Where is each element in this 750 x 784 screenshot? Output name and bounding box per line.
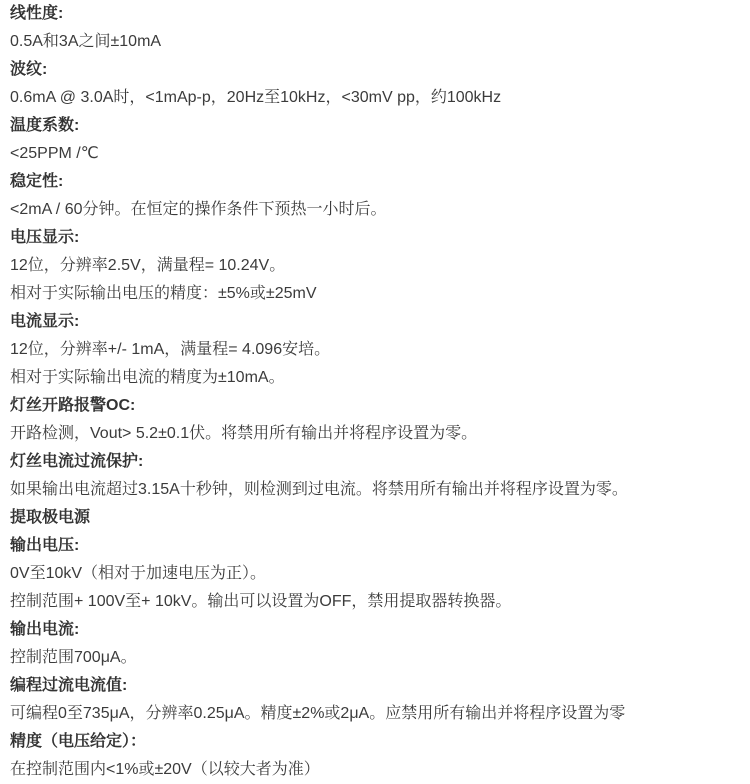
spec-text: 控制范围700μA。 (10, 644, 738, 672)
spec-text: 12位，分辨率2.5V，满量程= 10.24V。 (10, 252, 738, 280)
spec-text: 0.6mA @ 3.0A时，<1mAp-p，20Hz至10kHz，<30mV p… (10, 84, 738, 112)
spec-text: 在控制范围内<1%或±20V（以较大者为准） (10, 756, 738, 784)
spec-text: 0.5A和3A之间±10mA (10, 28, 738, 56)
spec-text: 可编程0至735μA，分辨率0.25μA。精度±2%或2μA。应禁用所有输出并将… (10, 700, 738, 728)
spec-heading: 输出电压: (10, 532, 738, 560)
spec-heading: 温度系数: (10, 112, 738, 140)
spec-text: <25PPM /℃ (10, 140, 738, 168)
spec-heading: 灯丝电流过流保护: (10, 448, 738, 476)
spec-heading: 提取极电源 (10, 504, 738, 532)
spec-heading: 波纹: (10, 56, 738, 84)
spec-text: 相对于实际输出电压的精度：±5%或±25mV (10, 280, 738, 308)
spec-heading: 稳定性: (10, 168, 738, 196)
spec-heading: 编程过流电流值: (10, 672, 738, 700)
spec-text: <2mA / 60分钟。在恒定的操作条件下预热一小时后。 (10, 196, 738, 224)
spec-text: 控制范围+ 100V至+ 10kV。输出可以设置为OFF，禁用提取器转换器。 (10, 588, 738, 616)
spec-text: 开路检测，Vout> 5.2±0.1伏。将禁用所有输出并将程序设置为零。 (10, 420, 738, 448)
spec-text: 12位，分辨率+/- 1mA，满量程= 4.096安培。 (10, 336, 738, 364)
spec-heading: 精度（电压给定）： (10, 728, 738, 756)
spec-heading: 电压显示: (10, 224, 738, 252)
spec-text: 0V至10kV（相对于加速电压为正）。 (10, 560, 738, 588)
spec-text: 相对于实际输出电流的精度为±10mA。 (10, 364, 738, 392)
spec-document: 线性度:0.5A和3A之间±10mA波纹:0.6mA @ 3.0A时，<1mAp… (0, 0, 750, 784)
spec-heading: 电流显示: (10, 308, 738, 336)
spec-heading: 输出电流: (10, 616, 738, 644)
spec-text: 如果输出电流超过3.15A十秒钟，则检测到过电流。将禁用所有输出并将程序设置为零… (10, 476, 738, 504)
spec-heading: 线性度: (10, 0, 738, 28)
spec-heading: 灯丝开路报警OC: (10, 392, 738, 420)
